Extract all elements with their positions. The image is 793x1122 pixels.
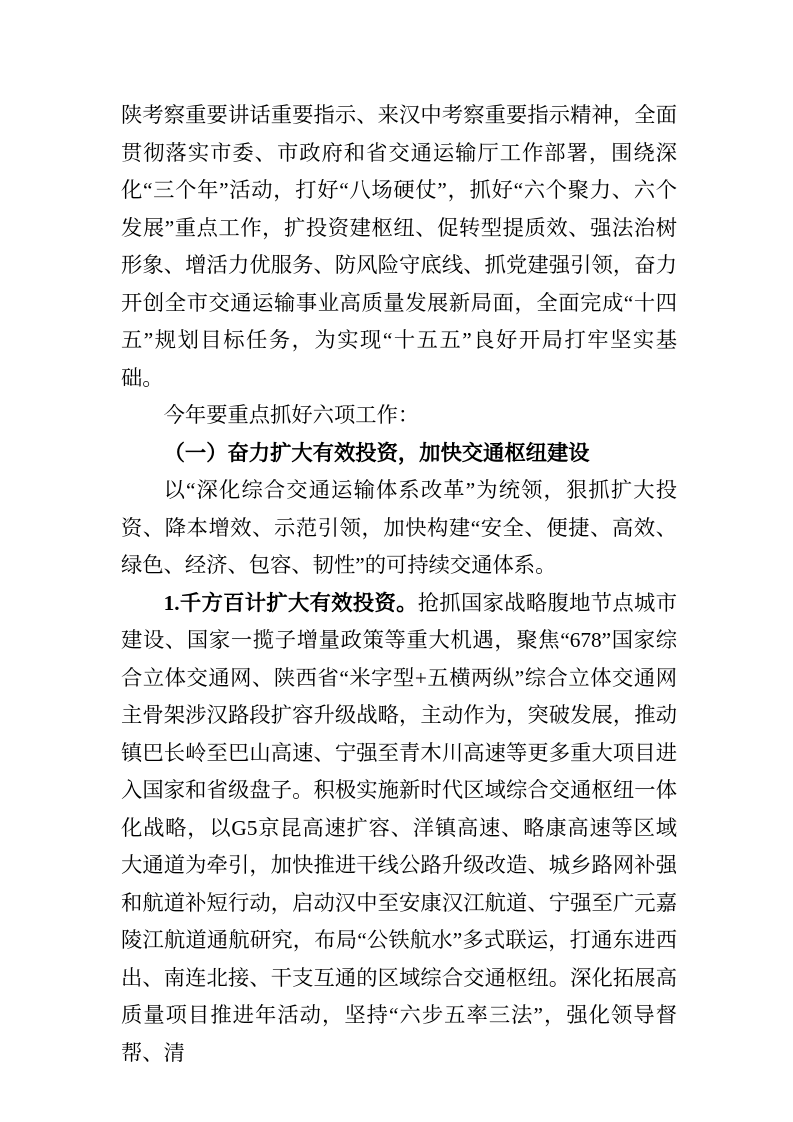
item-1-title: 1.千方百计扩大有效投资。 xyxy=(164,591,418,615)
paragraph-intro: 今年要重点抓好六项工作： xyxy=(121,397,677,435)
page-body: 陕考察重要讲话重要指示、来汉中考察重要指示精神，全面贯彻落实市委、市政府和省交通… xyxy=(121,97,677,1072)
paragraph-section-lede: 以“深化综合交通运输体系改革”为统领，狠抓扩大投资、降本增效、示范引领，加快构建… xyxy=(121,472,677,585)
paragraph-item-1: 1.千方百计扩大有效投资。抢抓国家战略腹地节点城市建设、国家一揽子增量政策等重大… xyxy=(121,585,677,1073)
document-page: 陕考察重要讲话重要指示、来汉中考察重要指示精神，全面贯彻落实市委、市政府和省交通… xyxy=(0,0,793,1122)
item-1-text: 抢抓国家战略腹地节点城市建设、国家一揽子增量政策等重大机遇，聚焦“678”国家综… xyxy=(121,591,677,1065)
section-heading-one: （一）奋力扩大有效投资，加快交通枢纽建设 xyxy=(121,435,677,473)
paragraph-overview: 陕考察重要讲话重要指示、来汉中考察重要指示精神，全面贯彻落实市委、市政府和省交通… xyxy=(121,97,677,397)
